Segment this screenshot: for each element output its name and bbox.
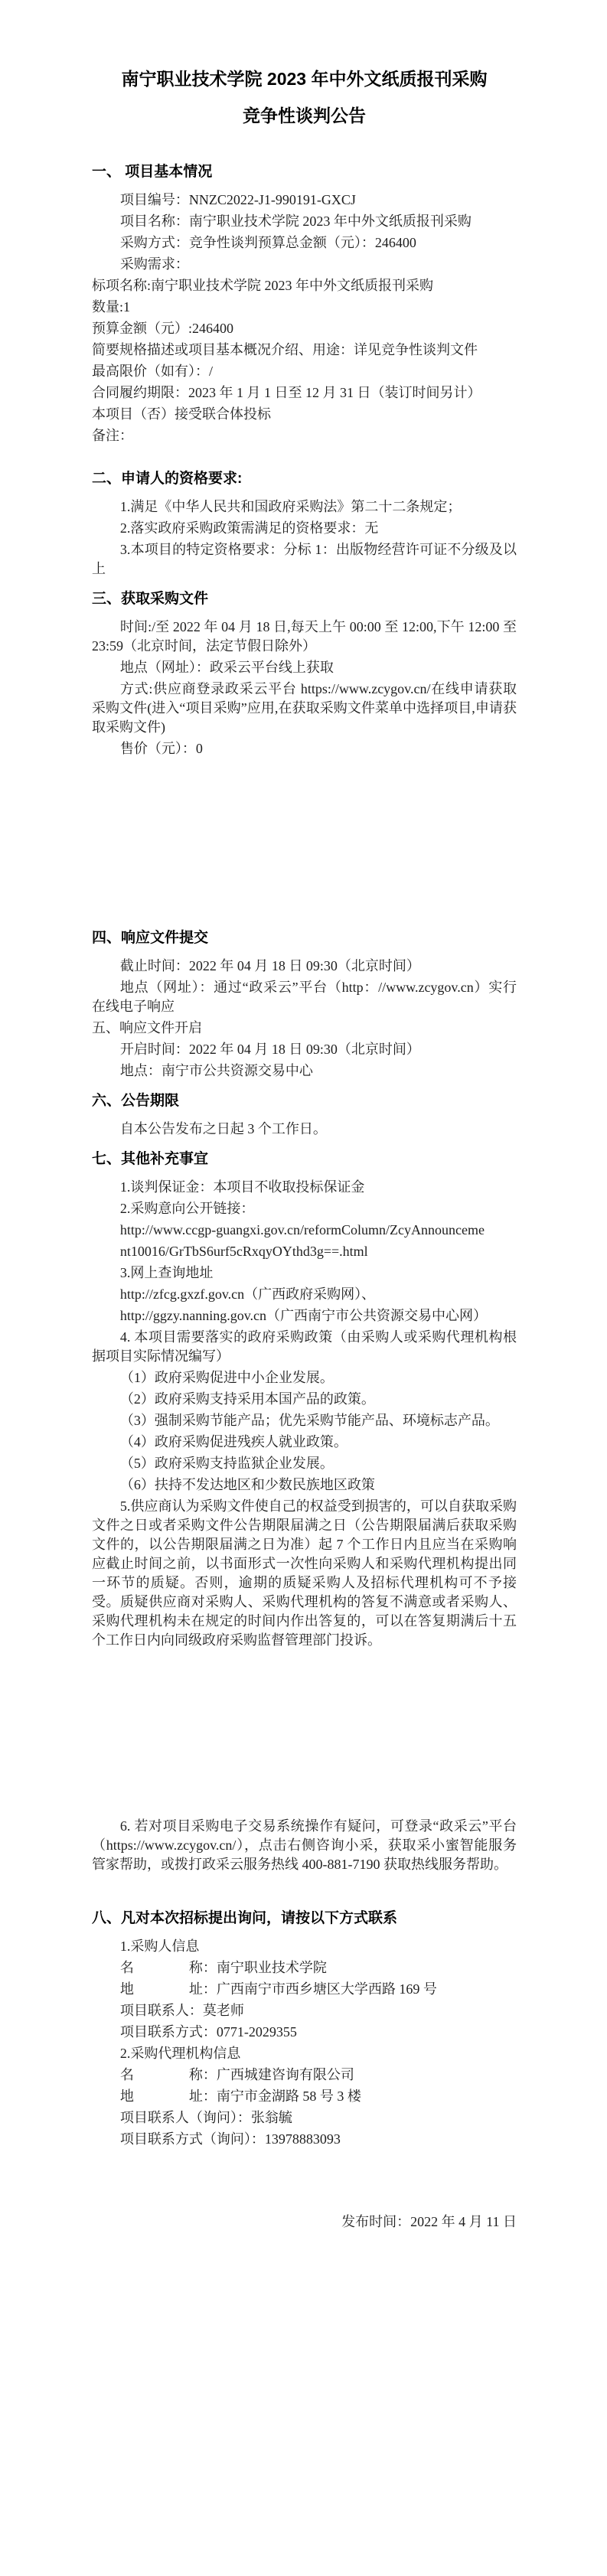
paragraph: 数量:1 [92, 298, 517, 317]
paragraph: 合同履约期限：2023 年 1 月 1 日至 12 月 31 日（装订时间另计） [92, 383, 517, 403]
paragraph: 6. 若对项目采购电子交易系统操作有疑问，可登录“政采云”平台（https://… [92, 1817, 517, 1874]
paragraph: 自本公告发布之日起 3 个工作日。 [92, 1120, 517, 1139]
paragraph: 开启时间：2022 年 04 月 18 日 09:30（北京时间） [92, 1040, 517, 1059]
paragraph: 地点（网址）：通过“政采云”平台（http：//www.zcygov.cn）实行… [92, 978, 517, 1016]
section-heading: 六、公告期限 [92, 1091, 517, 1110]
paragraph: 本项目（否）接受联合体投标 [92, 405, 517, 424]
paragraph: 项目联系人（询问）：张翁毓 [92, 2108, 517, 2128]
paragraph: 地点：南宁市公共资源交易中心 [92, 1061, 517, 1081]
section-heading: 四、响应文件提交 [92, 928, 517, 947]
paragraph: 名 称：广西城建咨询有限公司 [92, 2066, 517, 2085]
paragraph: 地 址：南宁市金湖路 58 号 3 楼 [92, 2087, 517, 2106]
document-body: 一、 项目基本情况项目编号：NNZC2022-J1-990191-GXCJ项目名… [92, 162, 517, 2232]
paragraph: 项目名称：南宁职业技术学院 2023 年中外文纸质报刊采购 [92, 212, 517, 231]
paragraph: （5）政府采购支持监狱企业发展。 [92, 1454, 517, 1473]
document-title-line-2: 竞争性谈判公告 [92, 104, 517, 127]
paragraph: 1.谈判保证金：本项目不收取投标保证金 [92, 1178, 517, 1197]
document-page: 南宁职业技术学院 2023 年中外文纸质报刊采购 竞争性谈判公告 一、 项目基本… [0, 0, 607, 2576]
paragraph: （1）政府采购促进中小企业发展。 [92, 1368, 517, 1387]
paragraph: 最高限价（如有）：/ [92, 362, 517, 381]
paragraph: 项目联系人：莫老师 [92, 2001, 517, 2020]
paragraph: 预算金额（元）:246400 [92, 319, 517, 338]
spacer [92, 448, 517, 458]
section-heading: 一、 项目基本情况 [92, 162, 517, 181]
paragraph: 项目联系方式：0771-2029355 [92, 2023, 517, 2042]
paragraph: 地 址：广西南宁市西乡塘区大学西路 169 号 [92, 1980, 517, 1999]
paragraph: 时间:/至 2022 年 04 月 18 日,每天上午 00:00 至 12:0… [92, 618, 517, 656]
section-heading: 八、凡对本次招标提出询问，请按以下方式联系 [92, 1909, 517, 1928]
spacer [92, 1652, 517, 1817]
paragraph: 备注： [92, 426, 517, 445]
paragraph: 简要规格描述或项目基本概况介绍、用途：详见竞争性谈判文件 [92, 341, 517, 360]
spacer [92, 761, 517, 918]
paragraph: 2.采购意向公开链接： [92, 1199, 517, 1218]
paragraph: 五、响应文件开启 [92, 1019, 517, 1038]
spacer [92, 2151, 517, 2212]
paragraph: 1.采购人信息 [92, 1937, 517, 1956]
paragraph: 地点（网址）：政采云平台线上获取 [92, 658, 517, 677]
publish-date: 发布时间：2022 年 4 月 11 日 [92, 2212, 517, 2232]
paragraph: 标项名称:南宁职业技术学院 2023 年中外文纸质报刊采购 [92, 276, 517, 295]
paragraph: 2.采购代理机构信息 [92, 2044, 517, 2063]
paragraph: 售价（元）：0 [92, 739, 517, 758]
paragraph: 截止时间：2022 年 04 月 18 日 09:30（北京时间） [92, 957, 517, 976]
section-heading: 二、申请人的资格要求: [92, 469, 517, 488]
section-heading: 七、其他补充事宜 [92, 1149, 517, 1169]
paragraph: 项目联系方式（询问）：13978883093 [92, 2130, 517, 2149]
paragraph: 采购需求： [92, 255, 517, 274]
spacer [92, 1877, 517, 1898]
paragraph: 3.本项目的特定资格要求：分标 1：出版物经营许可证不分级及以上 [92, 540, 517, 579]
document-title-line-1: 南宁职业技术学院 2023 年中外文纸质报刊采购 [92, 67, 517, 90]
paragraph: 名 称：南宁职业技术学院 [92, 1958, 517, 1978]
paragraph: 4. 本项目需要落实的政府采购政策（由采购人或采购代理机构根据项目实际情况编写） [92, 1328, 517, 1366]
paragraph: （3）强制采购节能产品；优先采购节能产品、环境标志产品。 [92, 1411, 517, 1430]
paragraph: nt10016/GrTbS6urf5cRxqyOYthd3g==.html [92, 1242, 517, 1261]
paragraph: 3.网上查询地址 [92, 1264, 517, 1283]
paragraph: 2.落实政府采购政策需满足的资格要求：无 [92, 519, 517, 538]
paragraph: 项目编号：NNZC2022-J1-990191-GXCJ [92, 191, 517, 210]
paragraph: （4）政府采购促进残疾人就业政策。 [92, 1433, 517, 1452]
paragraph: 5.供应商认为采购文件使自己的权益受到损害的，可以自获取采购文件之日或者采购文件… [92, 1497, 517, 1650]
paragraph: 采购方式：竞争性谈判预算总金额（元）：246400 [92, 233, 517, 253]
paragraph: 方式:供应商登录政采云平台 https://www.zcygov.cn/在线申请… [92, 680, 517, 737]
section-heading: 三、获取采购文件 [92, 589, 517, 608]
paragraph: http://www.ccgp-guangxi.gov.cn/reformCol… [92, 1221, 517, 1240]
paragraph: （2）政府采购支持采用本国产品的政策。 [92, 1390, 517, 1409]
paragraph: http://ggzy.nanning.gov.cn（广西南宁市公共资源交易中心… [92, 1306, 517, 1325]
paragraph: http://zfcg.gxzf.gov.cn（广西政府采购网）、 [92, 1285, 517, 1304]
paragraph: 1.满足《中华人民共和国政府采购法》第二十二条规定； [92, 497, 517, 517]
paragraph: （6）扶持不发达地区和少数民族地区政策 [92, 1475, 517, 1495]
